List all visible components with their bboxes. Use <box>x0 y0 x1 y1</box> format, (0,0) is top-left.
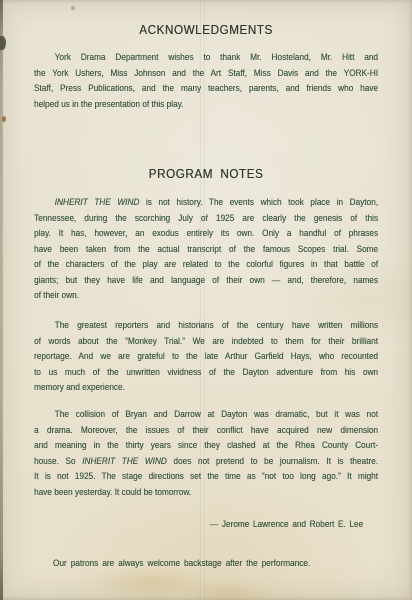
program-notes-paragraph-3: The collision of Bryan and Darrow at Day… <box>34 407 378 500</box>
program-notes-title: PROGRAM NOTES <box>21 166 392 181</box>
program-notes-paragraph-2: The greatest reporters and historians of… <box>34 318 378 396</box>
program-page: ACKNOWLEDGMENTS York Drama Department wi… <box>0 0 412 600</box>
text-line: memory and experience. <box>34 380 378 396</box>
text-line: have been taken from the actual transcri… <box>34 242 378 258</box>
acknowledgments-paragraph: York Drama Department wishes to thank Mr… <box>34 50 378 112</box>
scan-left-edge <box>0 0 3 600</box>
paper-speck <box>71 6 75 10</box>
text-line: Staff, Press Publications, and the many … <box>34 81 378 97</box>
text-line: helped us in the presentation of this pl… <box>34 97 378 113</box>
paper-speck <box>2 116 6 122</box>
patrons-note: Our patrons are always welcome backstage… <box>34 558 378 569</box>
text-line: and meaning in the thirty years since th… <box>34 438 378 454</box>
text-line: a drama. Moreover, the issues of their c… <box>34 423 378 439</box>
text-line: York Drama Department wishes to thank Mr… <box>34 50 378 66</box>
text-line: of the characters of the play are relate… <box>34 257 378 273</box>
text-line: Tennessee, during the scorching July of … <box>34 211 378 227</box>
authors-attribution: — Jerome Lawrence and Robert E. Lee <box>210 519 363 530</box>
ink-blot <box>0 36 6 50</box>
program-notes-paragraph-1: INHERIT THE WIND is not history. The eve… <box>34 195 378 304</box>
acknowledgments-title: ACKNOWLEDGMENTS <box>21 22 392 37</box>
text-line: giants; but they have life and language … <box>34 273 378 289</box>
text-line: The collision of Bryan and Darrow at Day… <box>34 407 378 423</box>
text-line: The greatest reporters and historians of… <box>34 318 378 334</box>
text-line: house. So INHERIT THE WIND does not pret… <box>34 454 378 470</box>
text-line: have been yesterday. It could be tomorro… <box>34 485 378 501</box>
text-line: the York Ushers, Miss Johnson and the Ar… <box>34 66 378 82</box>
text-line: of words about the “Monkey Trial.” We ar… <box>34 334 378 350</box>
text-line: reportage. And we are grateful to the la… <box>34 349 378 365</box>
text-line: to us much of the unwritten vividness of… <box>34 365 378 381</box>
text-line: of their own. <box>34 288 378 304</box>
text-line: It is not 1925. The stage directions set… <box>34 469 378 485</box>
text-line: INHERIT THE WIND is not history. The eve… <box>34 195 378 211</box>
text-line: play. It has, however, an exodus entirel… <box>34 226 378 242</box>
